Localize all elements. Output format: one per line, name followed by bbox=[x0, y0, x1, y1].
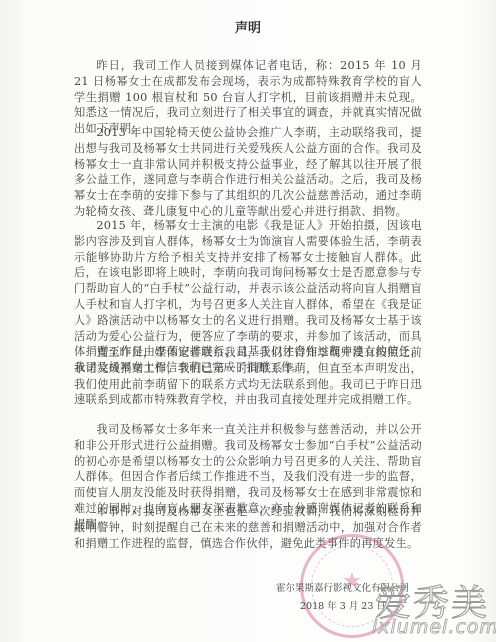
paragraph-4: 直至昨日，媒体记者联系我司，我们才得知李萌并没有按照之前承诺完成捐赠工作，我们已… bbox=[74, 345, 422, 408]
paragraph-2: 2013 年中国轮椅天使公益协会推广人李萌，主动联络我司，提出想与我司及杨幂女士… bbox=[74, 125, 422, 220]
watermark-url-text: ixiumei.com bbox=[372, 616, 496, 638]
signature-date: 2018 年 3 月 23 日 bbox=[300, 598, 386, 612]
document-title: 声明 bbox=[0, 17, 496, 36]
document-page: 声明 昨日，我司工作人员接到媒体记者电话，称：2015 年 10 月 21 日杨… bbox=[0, 0, 496, 642]
